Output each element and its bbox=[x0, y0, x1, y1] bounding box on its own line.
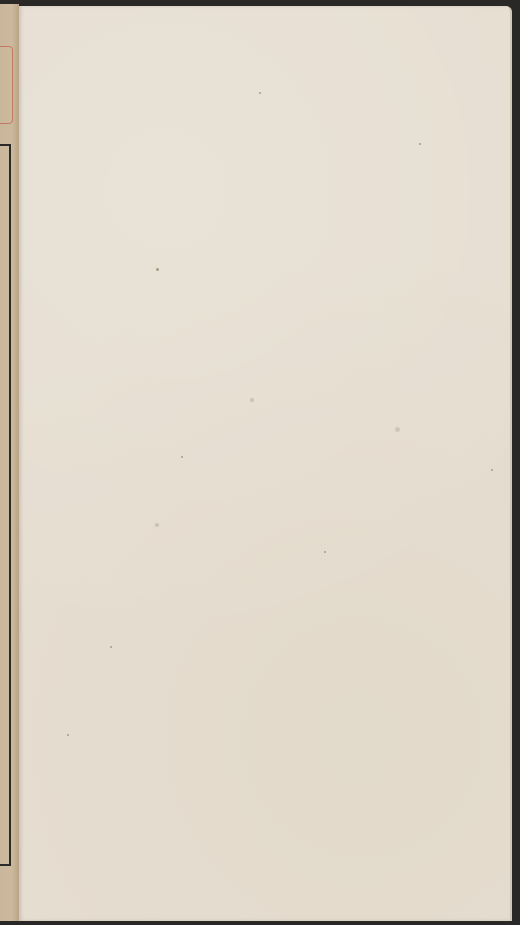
paper-speck bbox=[156, 268, 159, 271]
paper-speck bbox=[67, 734, 69, 736]
printed-frame-border bbox=[0, 144, 11, 866]
paper-speck bbox=[395, 427, 400, 432]
paper-speck bbox=[110, 646, 112, 648]
adjacent-leaf-edge bbox=[0, 4, 19, 921]
paper-speck bbox=[181, 456, 183, 458]
paper-speck bbox=[324, 551, 326, 553]
blank-page bbox=[19, 6, 512, 921]
seal-text bbox=[1, 50, 11, 118]
paper-speck bbox=[419, 143, 421, 145]
paper-speck bbox=[250, 398, 254, 402]
paper-speck bbox=[259, 92, 261, 94]
paper-speck bbox=[155, 523, 159, 527]
paper-speck bbox=[491, 469, 493, 471]
